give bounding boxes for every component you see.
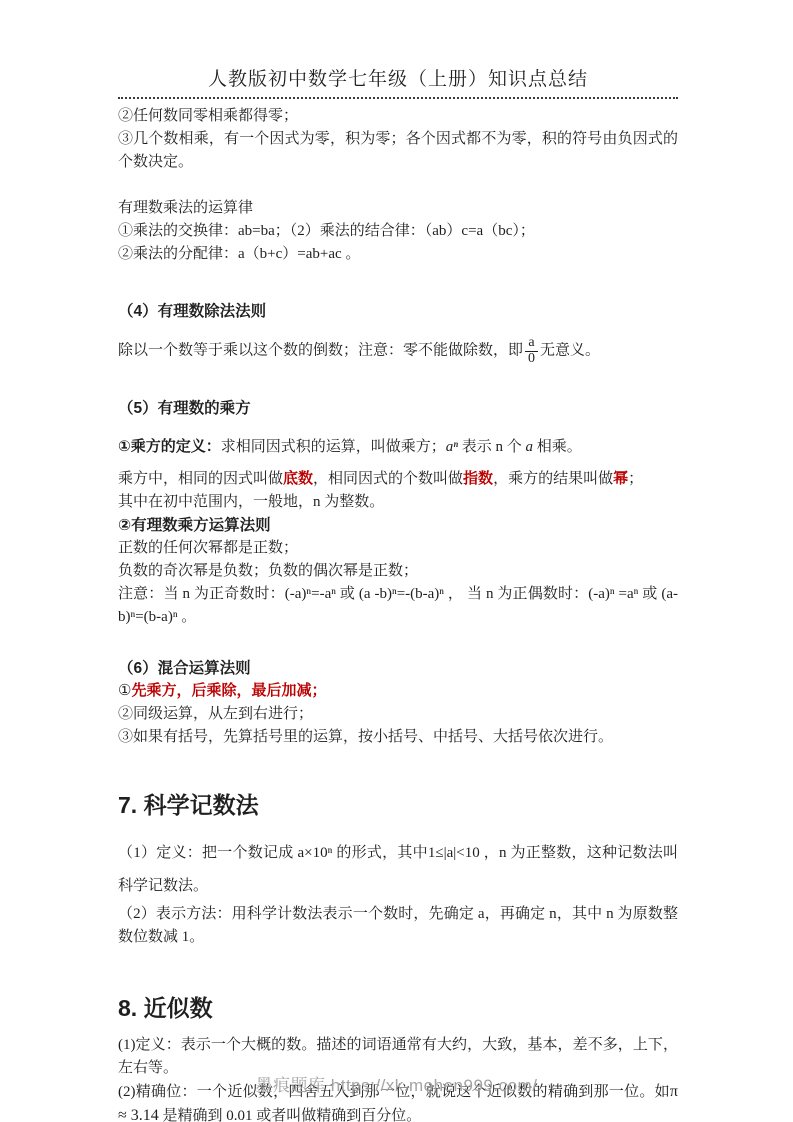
power-def-var: a xyxy=(525,439,533,455)
document-page: 人教版初中数学七年级（上册）知识点总结 ②任何数同零相乘都得零； ③几个数相乘，… xyxy=(118,64,678,1122)
power-definition: ①乘方的定义：求相同因式积的运算，叫做乘方；aⁿ 表示 n 个 a 相乘。 xyxy=(118,435,678,459)
power-def-text2: 表示 n 个 xyxy=(458,439,526,455)
fraction-numerator: a xyxy=(525,336,538,352)
power-rule-1: 正数的任何次幂都是正数； xyxy=(118,537,678,560)
mixed-ops-item1-rule: 先乘方，后乘除，最后加减； xyxy=(131,683,326,699)
mixed-ops-heading: （6）混合运算法则 xyxy=(118,657,678,680)
power-terms-3: ，乘方的结果叫做 xyxy=(493,471,613,487)
section-8-heading: 8. 近似数 xyxy=(118,993,678,1023)
power-terms-1: 乘方中，相同的因式叫做 xyxy=(118,471,283,487)
section-7-heading: 7. 科学记数法 xyxy=(118,790,678,820)
scientific-definition: （1）定义：把一个数记成 a×10ⁿ 的形式，其中1≤|a|<10 ，n 为正整… xyxy=(118,837,678,903)
power-terms-4: ； xyxy=(628,471,643,487)
power-rule-3: 注意：当 n 为正奇数时：(-a)ⁿ=-aⁿ 或 (a -b)ⁿ=-(b-a)ⁿ… xyxy=(118,583,678,629)
power-heading: （5）有理数的乘方 xyxy=(118,397,678,420)
power-scope: 其中在初中范围内，一般地，n 为整数。 xyxy=(118,491,678,514)
sci-def-formula1: a×10ⁿ xyxy=(298,845,333,861)
mixed-ops-item-2: ②同级运算，从左到右进行； xyxy=(118,703,678,726)
division-body-pre: 除以一个数等于乘以这个数的倒数；注意：零不能做除数，即 xyxy=(118,343,523,359)
power-def-text3: 相乘。 xyxy=(533,439,582,455)
power-def-label: ①乘方的定义： xyxy=(118,438,221,455)
approx-precision-post: 是精确到 0.01 或者叫做精确到百分位。 xyxy=(159,1108,422,1122)
mult-law-1: ①乘法的交换律：ab=ba；（2）乘法的结合律：（ab）c=a（bc）； xyxy=(118,220,678,243)
sci-def-mid: 的形式，其中 xyxy=(332,845,428,861)
mixed-ops-item-1: ①先乘方，后乘除，最后加减； xyxy=(118,680,678,703)
term-base: 底数 xyxy=(283,471,313,487)
division-body-post: 无意义。 xyxy=(540,343,600,359)
fraction-denominator: 0 xyxy=(525,352,538,367)
power-rule-2: 负数的奇次幂是负数；负数的偶次幂是正数； xyxy=(118,560,678,583)
term-power-result: 幂 xyxy=(613,471,628,487)
division-body: 除以一个数等于乘以这个数的倒数；注意：零不能做除数，即a0无意义。 xyxy=(118,336,678,366)
mult-item-3: ③几个数相乘，有一个因式为零，积为零；各个因式都不为零，积的符号由负因式的个数决… xyxy=(118,128,678,174)
power-rules-heading: ②有理数乘方运算法则 xyxy=(118,514,678,537)
sci-def-pre: （1）定义：把一个数记成 xyxy=(118,845,298,861)
mult-law-2: ②乘法的分配律：a（b+c）=ab+ac 。 xyxy=(118,243,678,266)
watermark-footer: 墨痕题库 https://xk.mohen999.com/ xyxy=(0,1071,793,1096)
term-exponent: 指数 xyxy=(463,471,493,487)
mixed-ops-item1-prefix: ① xyxy=(118,683,131,699)
fraction-a-over-0: a0 xyxy=(525,336,538,366)
mixed-ops-item-3: ③如果有括号，先算括号里的运算，按小括号、中括号、大括号依次进行。 xyxy=(118,726,678,749)
scientific-method: （2）表示方法：用科学计数法表示一个数时，先确定 a，再确定 n，其中 n 为原… xyxy=(118,903,678,949)
division-heading: （4）有理数除法法则 xyxy=(118,300,678,323)
page-title: 人教版初中数学七年级（上册）知识点总结 xyxy=(118,64,678,99)
power-terms-2: ，相同因式的个数叫做 xyxy=(313,471,463,487)
power-def-text1: 求相同因式积的运算，叫做乘方； xyxy=(221,439,446,455)
mult-item-2: ②任何数同零相乘都得零； xyxy=(118,105,678,128)
mult-laws-title: 有理数乘法的运算律 xyxy=(118,197,678,220)
sci-def-formula2: 1≤|a|<10 xyxy=(428,845,480,861)
power-def-formula: aⁿ xyxy=(446,439,458,455)
power-terms: 乘方中，相同的因式叫做底数，相同因式的个数叫做指数，乘方的结果叫做幂； xyxy=(118,468,678,491)
